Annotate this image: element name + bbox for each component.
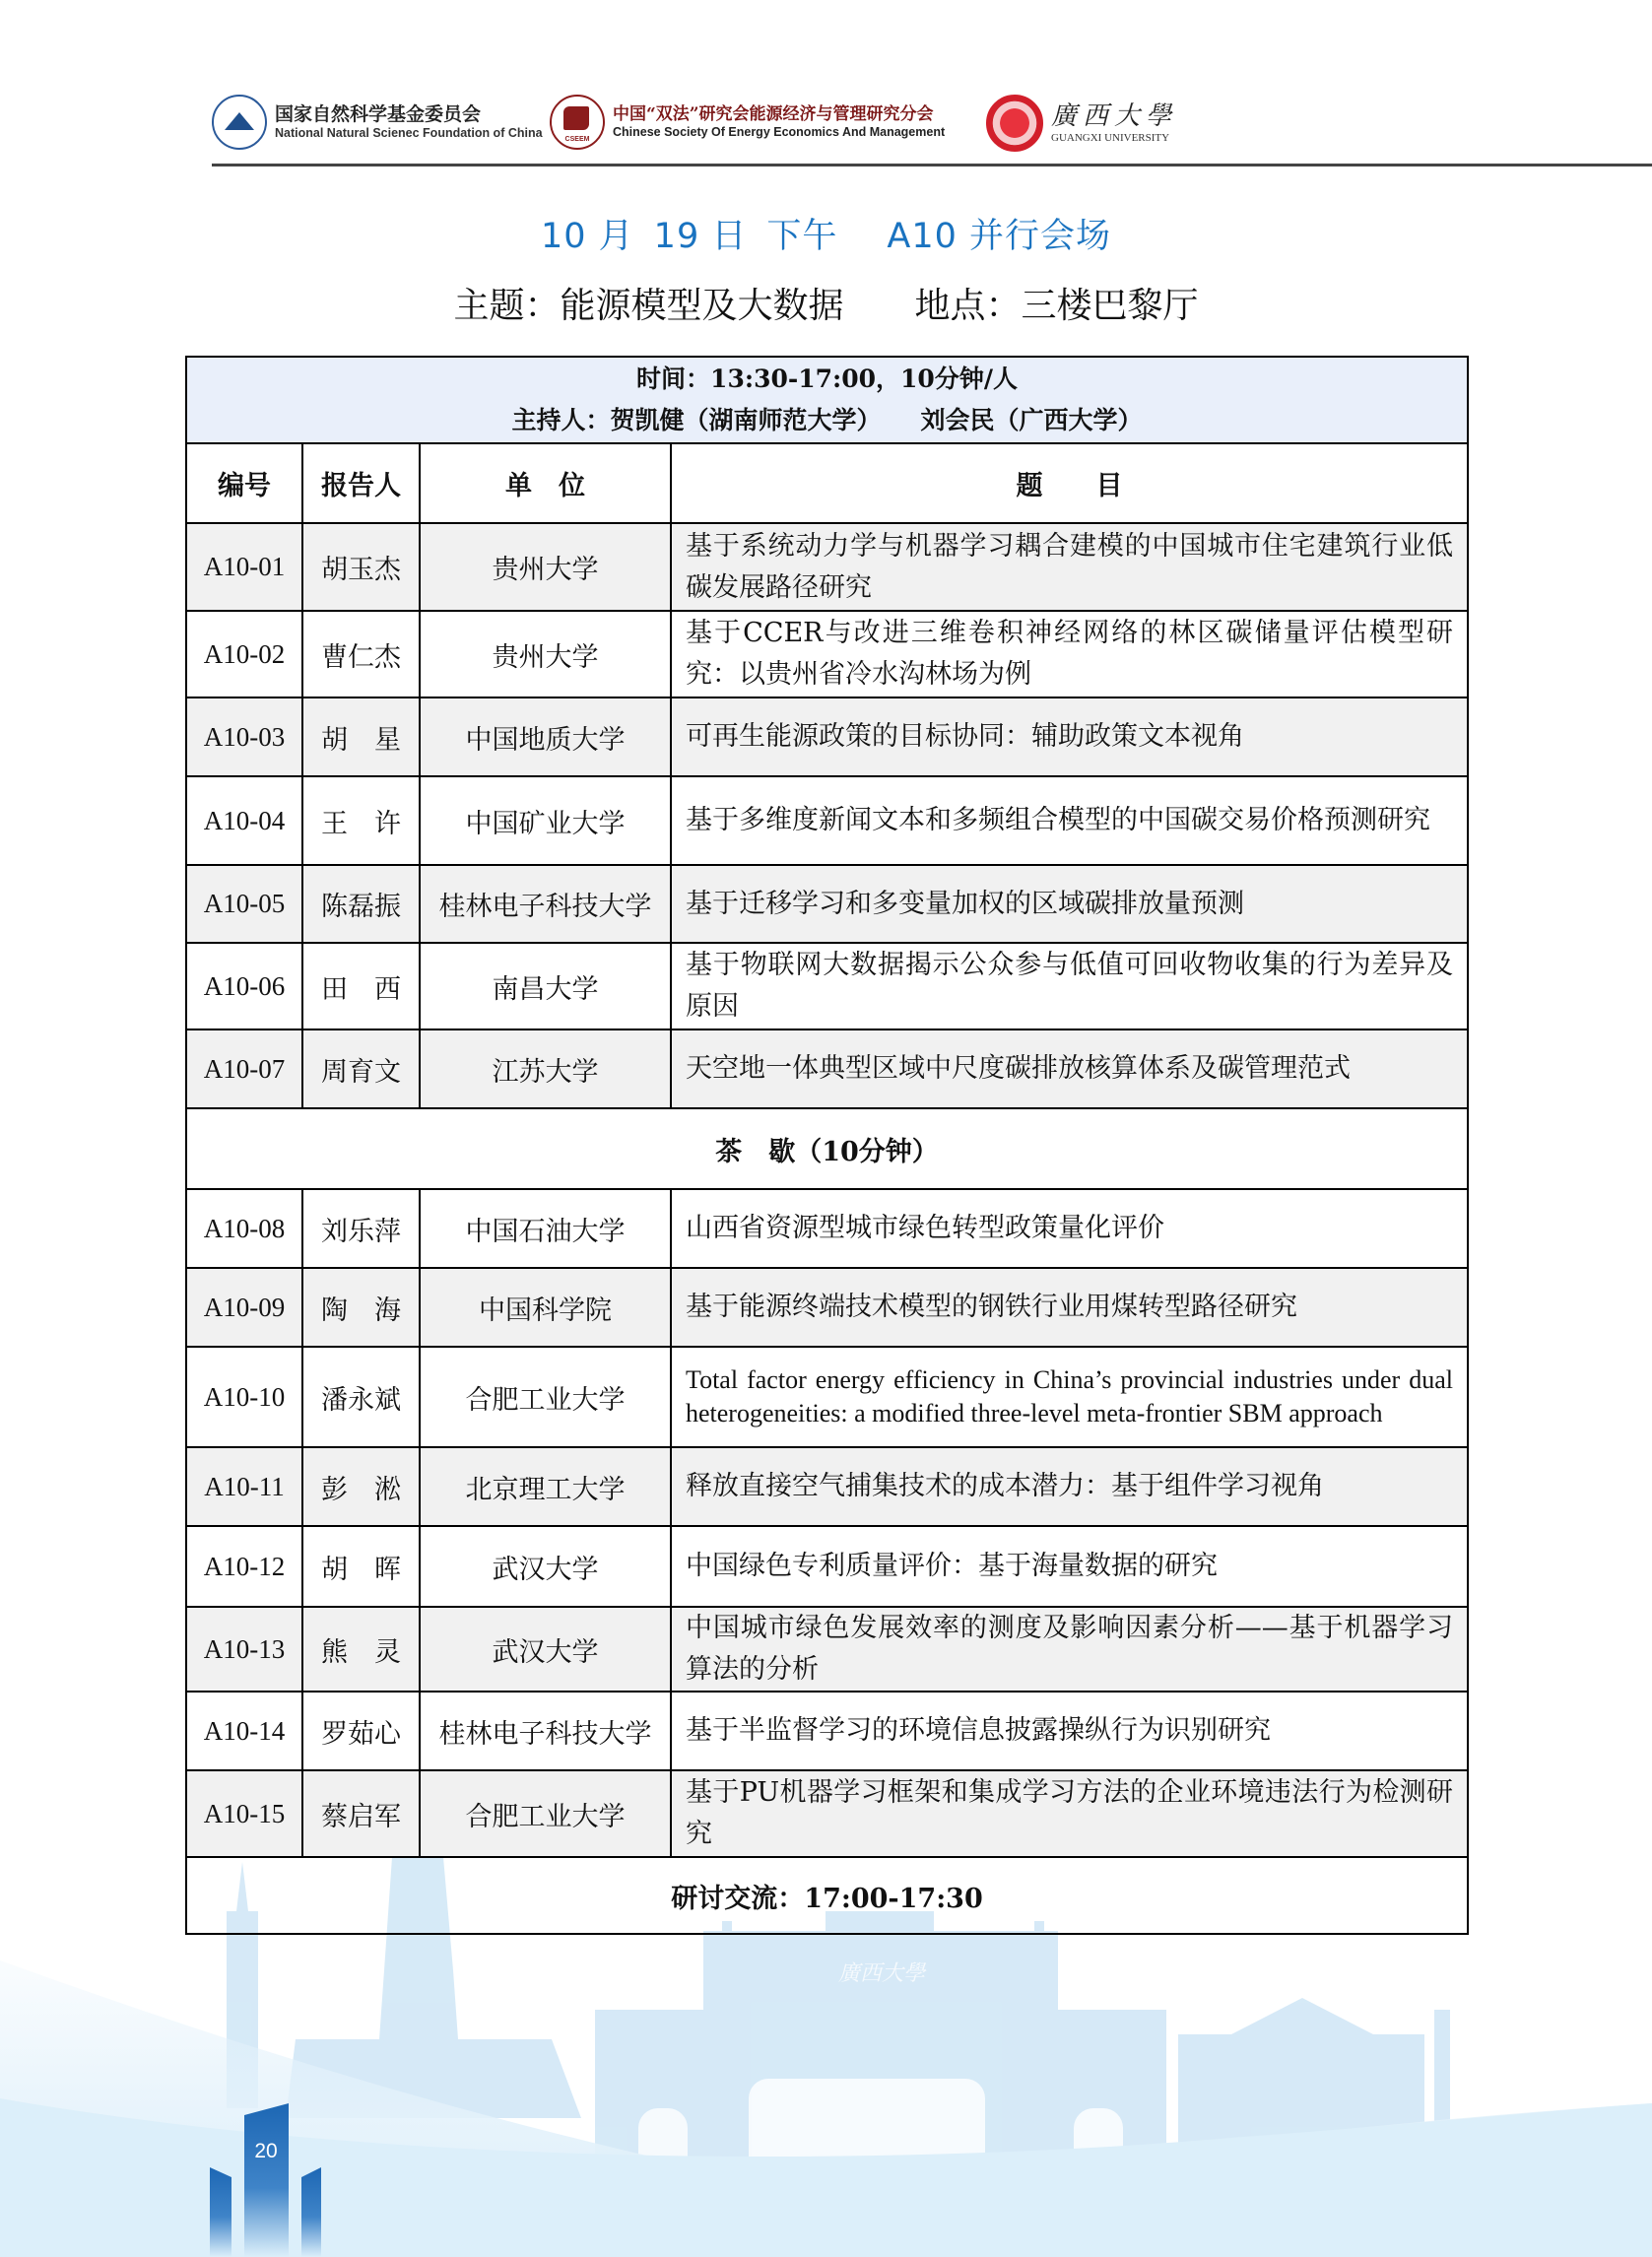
cseem-name-cn: 中国“双法”研究会能源经济与管理研究分会 xyxy=(613,105,945,125)
talk-speaker: 彭 淞 xyxy=(302,1447,420,1526)
header-logo-bar: 国家自然科学基金委员会 National Natural Scienec Fou… xyxy=(212,95,1652,154)
table-row: A10-09 陶 海 中国科学院 基于能源终端技术模型的钢铁行业用煤转型路径研究 xyxy=(186,1268,1468,1347)
gxu-name-cn: 廣西大學 xyxy=(1051,102,1177,132)
talk-speaker: 田 西 xyxy=(302,943,420,1029)
talk-id: A10-10 xyxy=(186,1347,302,1447)
session-month: 10 月 xyxy=(541,217,634,256)
discussion-label: 研讨交流：17:00-17:30 xyxy=(186,1857,1468,1934)
talk-title: 基于迁移学习和多变量加权的区域碳排放量预测 xyxy=(671,865,1468,943)
session-info-row: 时间：13:30-17:00，10分钟/人 主持人：贺凯健（湖南师范大学）刘会民… xyxy=(186,357,1468,443)
table-row: A10-07 周育文 江苏大学 天空地一体典型区域中尺度碳排放核算体系及碳管理范… xyxy=(186,1029,1468,1108)
session-period: 下午 xyxy=(766,217,837,256)
talk-speaker: 陈磊振 xyxy=(302,865,420,943)
watermark-text: 廣西大學 xyxy=(838,1961,927,1986)
session-topic: 主题：能源模型及大数据 xyxy=(453,286,843,326)
talk-title: 可再生能源政策的目标协同：辅助政策文本视角 xyxy=(671,697,1468,776)
talk-id: A10-03 xyxy=(186,697,302,776)
talk-id: A10-07 xyxy=(186,1029,302,1108)
talk-id: A10-01 xyxy=(186,523,302,611)
talk-unit: 北京理工大学 xyxy=(420,1447,671,1526)
cseem-logo: CSEEM 中国“双法”研究会能源经济与管理研究分会 Chinese Socie… xyxy=(550,95,945,150)
talk-unit: 中国石油大学 xyxy=(420,1189,671,1268)
talk-unit: 合肥工业大学 xyxy=(420,1770,671,1857)
table-row: A10-08 刘乐萍 中国石油大学 山西省资源型城市绿色转型政策量化评价 xyxy=(186,1189,1468,1268)
talk-title: 释放直接空气捕集技术的成本潜力：基于组件学习视角 xyxy=(671,1447,1468,1526)
page-number-badge-icon xyxy=(210,2093,328,2257)
col-header-speaker: 报告人 xyxy=(302,443,420,523)
table-row: A10-13 熊 灵 武汉大学 中国城市绿色发展效率的测度及影响因素分析——基于… xyxy=(186,1607,1468,1692)
talk-id: A10-15 xyxy=(186,1770,302,1857)
table-header-row: 编号 报告人 单 位 题 目 xyxy=(186,443,1468,523)
header-divider xyxy=(212,164,1652,166)
talk-speaker: 曹仁杰 xyxy=(302,611,420,697)
page-number: 20 xyxy=(246,2140,286,2163)
session-location: 地点：三楼巴黎厅 xyxy=(915,286,1199,326)
talk-unit: 桂林电子科技大学 xyxy=(420,1692,671,1770)
table-row: A10-04 王 许 中国矿业大学 基于多维度新闻文本和多频组合模型的中国碳交易… xyxy=(186,776,1468,865)
talk-id: A10-11 xyxy=(186,1447,302,1526)
talk-speaker: 胡玉杰 xyxy=(302,523,420,611)
tea-break-label: 茶 歇（10分钟） xyxy=(186,1108,1468,1189)
tea-break-row: 茶 歇（10分钟） xyxy=(186,1108,1468,1189)
nsfc-logo: 国家自然科学基金委员会 National Natural Scienec Fou… xyxy=(212,95,543,150)
gxu-emblem-icon xyxy=(986,95,1043,152)
session-day: 19 日 xyxy=(654,217,748,256)
talk-title: 基于半监督学习的环境信息披露操纵行为识别研究 xyxy=(671,1692,1468,1770)
session-time: 时间：13:30-17:00，10分钟/人 xyxy=(187,359,1467,400)
col-header-unit: 单 位 xyxy=(420,443,671,523)
cseem-emblem-label: CSEEM xyxy=(552,136,603,143)
talk-unit: 中国地质大学 xyxy=(420,697,671,776)
cseem-name-en: Chinese Society Of Energy Economics And … xyxy=(613,125,945,139)
talk-title: 基于系统动力学与机器学习耦合建模的中国城市住宅建筑行业低碳发展路径研究 xyxy=(671,523,1468,611)
nsfc-name-en: National Natural Scienec Foundation of C… xyxy=(275,126,543,140)
table-row: A10-01 胡玉杰 贵州大学 基于系统动力学与机器学习耦合建模的中国城市住宅建… xyxy=(186,523,1468,611)
talk-title: 中国城市绿色发展效率的测度及影响因素分析——基于机器学习算法的分析 xyxy=(671,1607,1468,1692)
table-row: A10-15 蔡启军 合肥工业大学 基于PU机器学习框架和集成学习方法的企业环境… xyxy=(186,1770,1468,1857)
talk-speaker: 陶 海 xyxy=(302,1268,420,1347)
talk-speaker: 蔡启军 xyxy=(302,1770,420,1857)
talk-id: A10-08 xyxy=(186,1189,302,1268)
talk-speaker: 刘乐萍 xyxy=(302,1189,420,1268)
talk-id: A10-04 xyxy=(186,776,302,865)
talk-id: A10-02 xyxy=(186,611,302,697)
talk-speaker: 胡 晖 xyxy=(302,1526,420,1607)
table-row: A10-12 胡 晖 武汉大学 中国绿色专利质量评价：基于海量数据的研究 xyxy=(186,1526,1468,1607)
talk-id: A10-05 xyxy=(186,865,302,943)
table-row: A10-14 罗茹心 桂林电子科技大学 基于半监督学习的环境信息披露操纵行为识别… xyxy=(186,1692,1468,1770)
table-row: A10-05 陈磊振 桂林电子科技大学 基于迁移学习和多变量加权的区域碳排放量预… xyxy=(186,865,1468,943)
talk-unit: 武汉大学 xyxy=(420,1607,671,1692)
cseem-emblem-icon: CSEEM xyxy=(550,95,605,150)
nsfc-emblem-icon xyxy=(212,95,267,150)
talk-unit: 桂林电子科技大学 xyxy=(420,865,671,943)
talk-speaker: 周育文 xyxy=(302,1029,420,1108)
talk-speaker: 潘永斌 xyxy=(302,1347,420,1447)
talk-title: 基于多维度新闻文本和多频组合模型的中国碳交易价格预测研究 xyxy=(671,776,1468,865)
schedule-table: 时间：13:30-17:00，10分钟/人 主持人：贺凯健（湖南师范大学）刘会民… xyxy=(185,356,1469,1935)
talk-title: 山西省资源型城市绿色转型政策量化评价 xyxy=(671,1189,1468,1268)
talk-id: A10-12 xyxy=(186,1526,302,1607)
talk-unit: 合肥工业大学 xyxy=(420,1347,671,1447)
gxu-logo: 廣西大學 GUANGXI UNIVERSITY xyxy=(986,95,1177,152)
talk-unit: 贵州大学 xyxy=(420,611,671,697)
talk-unit: 武汉大学 xyxy=(420,1526,671,1607)
talk-title: 基于PU机器学习框架和集成学习方法的企业环境违法行为检测研究 xyxy=(671,1770,1468,1857)
session-subtitle: 主题：能源模型及大数据地点：三楼巴黎厅 xyxy=(0,278,1652,328)
session-hosts: 主持人：贺凯健（湖南师范大学）刘会民（广西大学） xyxy=(187,400,1467,441)
talk-speaker: 胡 星 xyxy=(302,697,420,776)
table-row: A10-10 潘永斌 合肥工业大学 Total factor energy ef… xyxy=(186,1347,1468,1447)
talk-id: A10-14 xyxy=(186,1692,302,1770)
talk-speaker: 王 许 xyxy=(302,776,420,865)
gxu-name-en: GUANGXI UNIVERSITY xyxy=(1051,132,1177,145)
talk-unit: 中国矿业大学 xyxy=(420,776,671,865)
talk-title: 基于物联网大数据揭示公众参与低值可回收物收集的行为差异及原因 xyxy=(671,943,1468,1029)
talk-id: A10-06 xyxy=(186,943,302,1029)
talk-title: 中国绿色专利质量评价：基于海量数据的研究 xyxy=(671,1526,1468,1607)
talk-unit: 江苏大学 xyxy=(420,1029,671,1108)
talk-title: 基于CCER与改进三维卷积神经网络的林区碳储量评估模型研究：以贵州省冷水沟林场为… xyxy=(671,611,1468,697)
talk-speaker: 熊 灵 xyxy=(302,1607,420,1692)
talk-id: A10-09 xyxy=(186,1268,302,1347)
talk-unit: 贵州大学 xyxy=(420,523,671,611)
session-title: 10 月19 日下午A10 并行会场 xyxy=(0,209,1652,258)
col-header-id: 编号 xyxy=(186,443,302,523)
talk-title: 天空地一体典型区域中尺度碳排放核算体系及碳管理范式 xyxy=(671,1029,1468,1108)
table-row: A10-11 彭 淞 北京理工大学 释放直接空气捕集技术的成本潜力：基于组件学习… xyxy=(186,1447,1468,1526)
talk-title: Total factor energy efficiency in China’… xyxy=(671,1347,1468,1447)
session-room: A10 并行会场 xyxy=(887,217,1111,256)
talk-speaker: 罗茹心 xyxy=(302,1692,420,1770)
discussion-row: 研讨交流：17:00-17:30 xyxy=(186,1857,1468,1934)
talk-unit: 中国科学院 xyxy=(420,1268,671,1347)
talk-id: A10-13 xyxy=(186,1607,302,1692)
talk-unit: 南昌大学 xyxy=(420,943,671,1029)
table-row: A10-06 田 西 南昌大学 基于物联网大数据揭示公众参与低值可回收物收集的行… xyxy=(186,943,1468,1029)
nsfc-name-cn: 国家自然科学基金委员会 xyxy=(275,104,543,126)
table-row: A10-03 胡 星 中国地质大学 可再生能源政策的目标协同：辅助政策文本视角 xyxy=(186,697,1468,776)
talk-title: 基于能源终端技术模型的钢铁行业用煤转型路径研究 xyxy=(671,1268,1468,1347)
col-header-title: 题 目 xyxy=(671,443,1468,523)
table-row: A10-02 曹仁杰 贵州大学 基于CCER与改进三维卷积神经网络的林区碳储量评… xyxy=(186,611,1468,697)
